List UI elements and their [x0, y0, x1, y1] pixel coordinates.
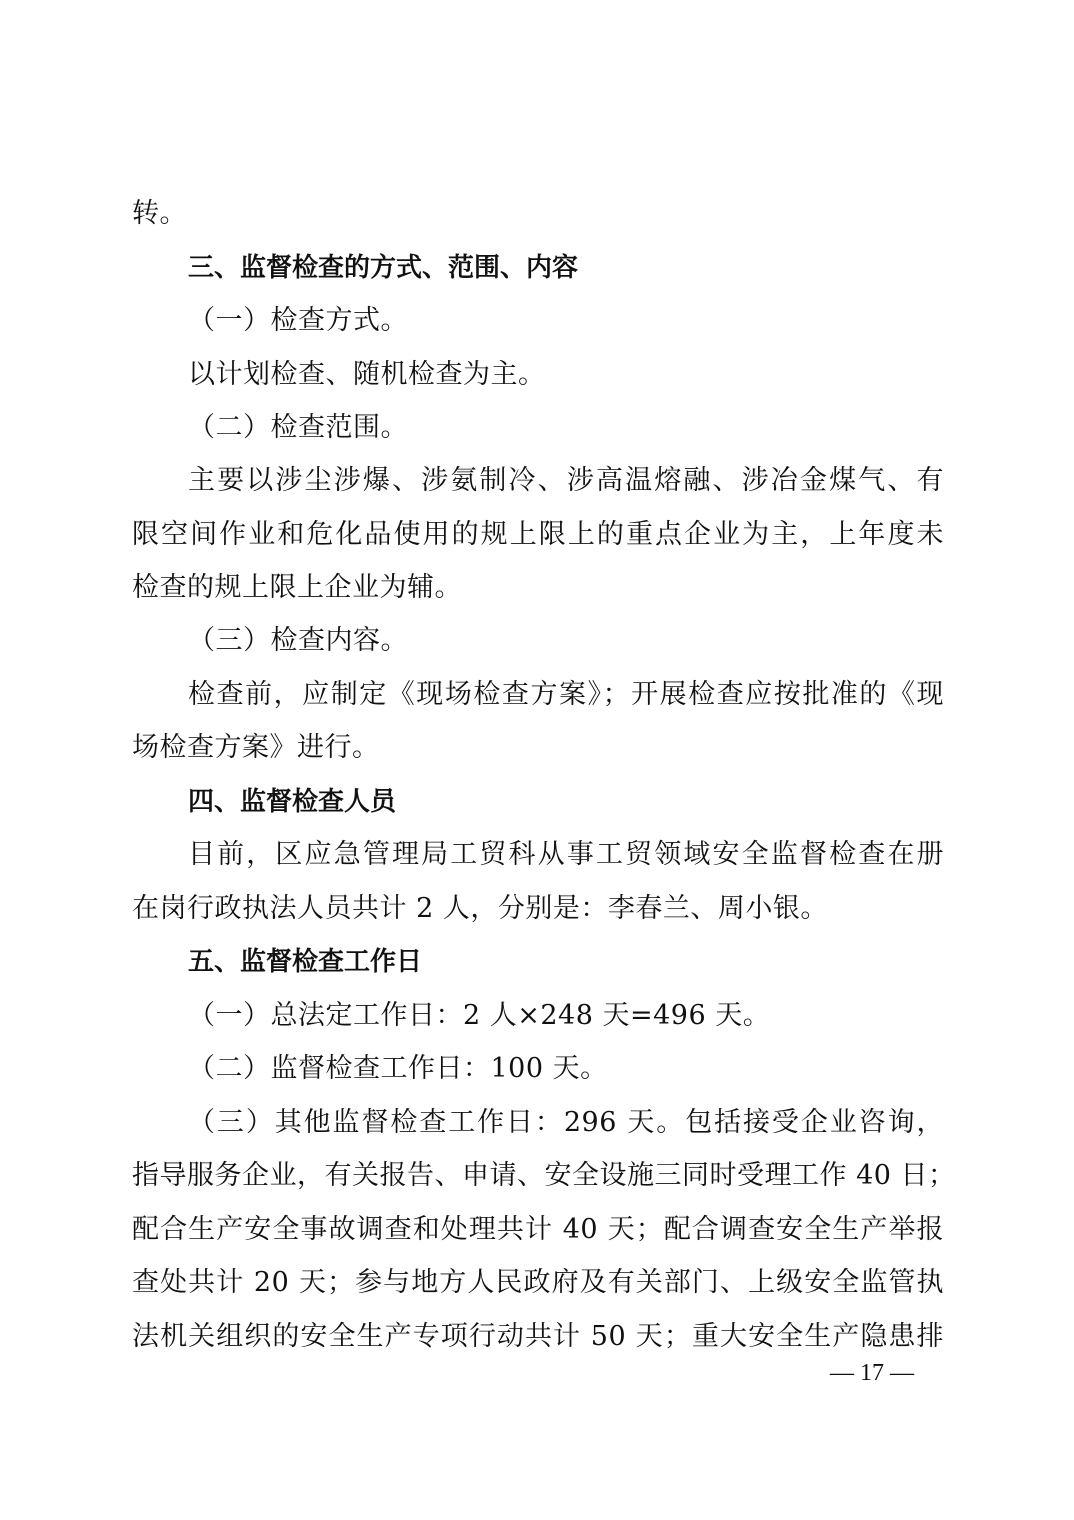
continuation-line: 转。: [132, 196, 944, 232]
subheading-other-workdays: （三）其他监督检查工作日：296 天。包括接受企业咨询，: [188, 1105, 944, 1141]
paragraph-personnel-line-1: 目前，区应急管理局工贸科从事工贸领域安全监督检查在册: [188, 837, 944, 873]
subheading-total-workdays: （一）总法定工作日：2 人×248 天=496 天。: [188, 998, 1000, 1034]
paragraph-scope-line-3: 检查的规上限上企业为辅。: [132, 570, 944, 606]
paragraph-other-line-2: 配合生产安全事故调查和处理共计 40 天；配合调查安全生产举报: [132, 1212, 944, 1248]
paragraph-other-line-1: 指导服务企业，有关报告、申请、安全设施三同时受理工作 40 日；: [132, 1158, 944, 1194]
paragraph-content-line-1: 检查前，应制定《现场检查方案》；开展检查应按批准的《现: [188, 677, 944, 713]
subheading-inspection-content: （三）检查内容。: [188, 623, 1000, 659]
paragraph-personnel-line-2: 在岗行政执法人员共计 2 人，分别是：李春兰、周小银。: [132, 891, 944, 927]
paragraph-other-line-4: 法机关组织的安全生产专项行动共计 50 天；重大安全生产隐患排: [132, 1319, 944, 1355]
paragraph-inspection-method: 以计划检查、随机检查为主。: [188, 357, 1000, 393]
section-heading-4: 四、监督检查人员: [188, 784, 1000, 820]
paragraph-content-line-2: 场检查方案》进行。: [132, 730, 944, 766]
paragraph-scope-line-2: 限空间作业和危化品使用的规上限上的重点企业为主，上年度未: [132, 517, 944, 553]
page-number: — 17 —: [830, 1358, 914, 1388]
section-heading-5: 五、监督检查工作日: [188, 944, 1000, 980]
paragraph-other-line-3: 查处共计 20 天；参与地方人民政府及有关部门、上级安全监管执: [132, 1265, 944, 1301]
subheading-inspection-method: （一）检查方式。: [188, 303, 1000, 339]
subheading-inspection-workdays: （二）监督检查工作日：100 天。: [188, 1051, 1000, 1087]
section-heading-3: 三、监督检查的方式、范围、内容: [188, 250, 1000, 286]
document-page: 转。 三、监督检查的方式、范围、内容 （一）检查方式。 以计划检查、随机检查为主…: [0, 0, 1074, 1520]
subheading-inspection-scope: （二）检查范围。: [188, 410, 1000, 446]
paragraph-scope-line-1: 主要以涉尘涉爆、涉氨制冷、涉高温熔融、涉冶金煤气、有: [188, 463, 944, 499]
